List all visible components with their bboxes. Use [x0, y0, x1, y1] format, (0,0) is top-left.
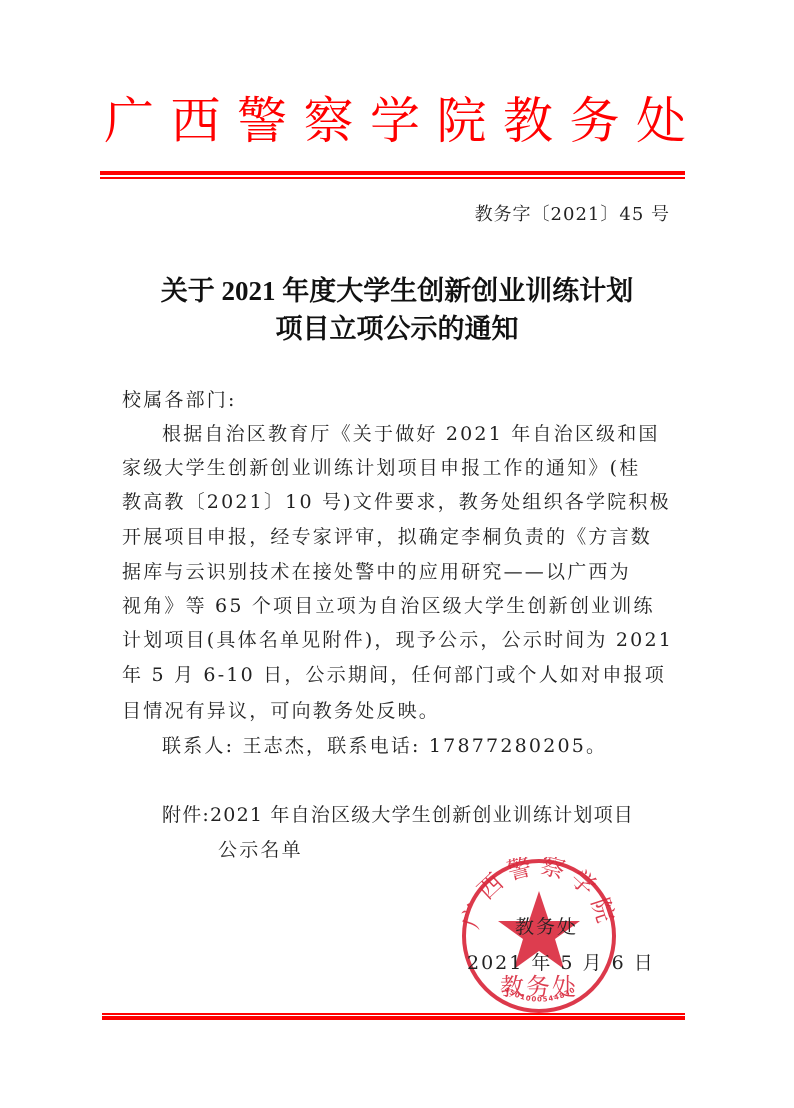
footer-rule-thick [102, 1016, 685, 1020]
signature-office: 教务处 [515, 912, 578, 939]
body-line: 目情况有异议，可向教务处反映。 [122, 699, 440, 723]
body-line: 年 5 月 6-10 日，公示期间，任何部门或个人如对申报项 [122, 663, 666, 687]
attachment-line2: 公示名单 [218, 838, 303, 862]
notice-body: 校属各部门: 根据自治区教育厅《关于做好 2021 年自治区级和国 家级大学生创… [122, 0, 652, 900]
body-line: 家级大学生创新创业训练计划项目申报工作的通知》(桂 [122, 456, 640, 480]
body-line: 开展项目申报，经专家评审，拟确定李桐负责的《方言数 [122, 525, 652, 549]
body-line: 据库与云识别技术在接处警中的应用研究——以广西为 [122, 560, 631, 584]
footer-rule-thin [102, 1013, 685, 1015]
body-line: 计划项目(具体名单见附件)，现予公示，公示时间为 2021 [122, 628, 673, 652]
body-line: 根据自治区教育厅《关于做好 2021 年自治区级和国 [122, 422, 660, 446]
salutation: 校属各部门: [122, 388, 237, 412]
attachment-line1: 附件:2021 年自治区级大学生创新创业训练计划项目 [122, 803, 634, 827]
body-line: 教高教〔2021〕10 号)文件要求，教务处组织各学院积极 [122, 490, 671, 514]
signature-date: 2021 年 5 月 6 日 [467, 948, 655, 975]
body-line: 视角》等 65 个项目立项为自治区级大学生创新创业训练 [122, 594, 655, 618]
contact-line: 联系人: 王志杰，联系电话: 17877280205。 [122, 734, 607, 758]
